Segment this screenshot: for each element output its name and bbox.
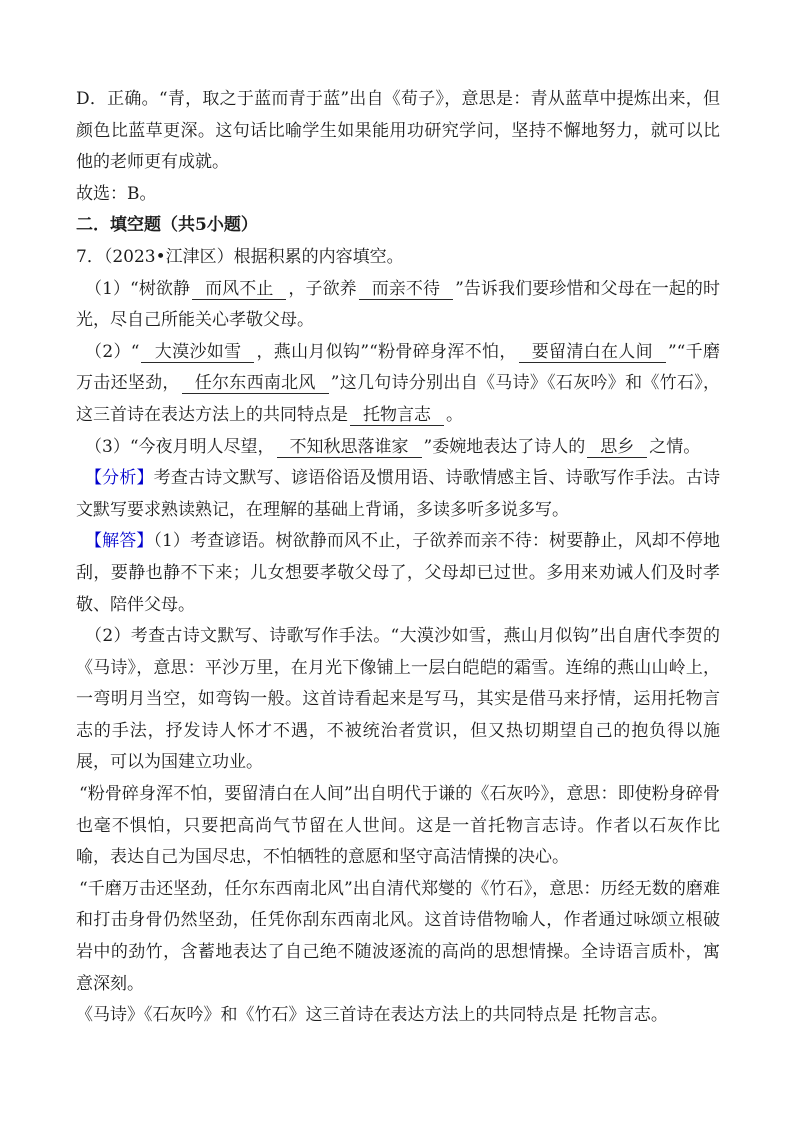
option-d-explanation: D．正确。“青，取之于蓝而青于蓝”出自《荀子》，意思是：青从蓝草中提炼出来，但颜…: [76, 84, 720, 179]
fill-in-blank: 而风不止: [192, 279, 286, 300]
q7-part-2: （2）“大漠沙如雪，燕山月似钩”“粉骨碎身浑不怕，要留清白在人间”“千磨万击还坚…: [76, 337, 720, 432]
document-body: D．正确。“青，取之于蓝而青于蓝”出自《荀子》，意思是：青从蓝草中提炼出来，但颜…: [76, 84, 720, 1032]
fill-in-blank: 托物言志: [350, 405, 444, 426]
text-run: （3）“今夜月明人尽望，: [85, 437, 275, 457]
fill-in-blank: 要留清白在人间: [519, 342, 666, 363]
text-run: （1）考查谚语。树欲静而风不止，子欲养而亲不待：树要静止，风却不停地刮，要静也静…: [76, 531, 720, 614]
fill-in-blank: 不知秋思落谁家: [277, 437, 422, 458]
q7-part-3: （3）“今夜月明人尽望，不知秋思落谁家”委婉地表达了诗人的思乡之情。: [76, 432, 720, 464]
text-run: ，燕山月似钩”“粉骨碎身浑不怕，: [256, 342, 516, 362]
text-run: ”委婉地表达了诗人的: [424, 437, 586, 457]
q7-part-1: （1）“树欲静而风不止，子欲养而亲不待”告诉我们要珍惜和父母在一起的时光，尽自己…: [76, 274, 720, 337]
bracket-tag: 【分析】: [85, 468, 154, 488]
fill-in-blank: 任尔东西南北风: [182, 373, 329, 394]
answer-paragraph-zhushi: “千磨万击还坚劲，任尔东西南北风”出自清代郑燮的《竹石》，意思：历经无数的磨难和…: [76, 874, 720, 1000]
fill-in-blank: 而亲不待: [359, 279, 453, 300]
text-run: D．正确。“青，取之于蓝而青于蓝”出自《荀子》，意思是：青从蓝草中提炼出来，但颜…: [76, 89, 720, 172]
answer-paragraph-2: （2）考查古诗文默写、诗歌写作手法。“大漠沙如雪，燕山月似钩”出自唐代李贺的《马…: [76, 621, 720, 779]
fill-in-blank: 大漠沙如雪: [141, 342, 254, 363]
text-run: 《马诗》《石灰吟》和《竹石》这三首诗在表达方法上的共同特点是 托物言志。: [76, 1005, 668, 1025]
question-7-stem: 7．（2023•江津区）根据积累的内容填空。: [76, 242, 720, 274]
text-run: 故选：B。: [76, 184, 157, 204]
answer-conclusion: 故选：B。: [76, 179, 720, 211]
fill-in-blank: 思乡: [587, 437, 647, 458]
answer-paragraph-1: 【解答】（1）考查谚语。树欲静而风不止，子欲养而亲不待：树要静止，风却不停地刮，…: [76, 526, 720, 621]
answer-paragraph-shihuiyin: “粉骨碎身浑不怕，要留清白在人间”出自明代于谦的《石灰吟》，意思：即使粉身碎骨也…: [76, 779, 720, 874]
answer-summary: 《马诗》《石灰吟》和《竹石》这三首诗在表达方法上的共同特点是 托物言志。: [76, 1000, 720, 1032]
document-page: D．正确。“青，取之于蓝而青于蓝”出自《荀子》，意思是：青从蓝草中提炼出来，但颜…: [0, 0, 794, 1123]
section-heading: 二．填空题（共5小题）: [76, 210, 720, 242]
text-run: 二．填空题（共5小题）: [76, 215, 258, 235]
text-run: ，子欲养: [288, 279, 356, 299]
text-run: 之情。: [649, 437, 700, 457]
analysis-paragraph: 【分析】考查古诗文默写、谚语俗语及惯用语、诗歌情感主旨、诗歌写作手法。古诗文默写…: [76, 463, 720, 526]
text-run: 考查古诗文默写、谚语俗语及惯用语、诗歌情感主旨、诗歌写作手法。古诗文默写要求熟读…: [76, 468, 720, 520]
text-run: “粉骨碎身浑不怕，要留清白在人间”出自明代于谦的《石灰吟》，意思：即使粉身碎骨也…: [76, 784, 720, 867]
bracket-tag: 【解答】: [85, 531, 153, 551]
text-run: （2）“: [85, 342, 139, 362]
text-run: （2）考查古诗文默写、诗歌写作手法。“大漠沙如雪，燕山月似钩”出自唐代李贺的《马…: [76, 626, 720, 772]
text-run: （1）“树欲静: [85, 279, 190, 299]
text-run: 。: [446, 405, 463, 425]
text-run: 7．（2023•江津区）根据积累的内容填空。: [76, 247, 404, 267]
text-run: “千磨万击还坚劲，任尔东西南北风”出自清代郑燮的《竹石》，意思：历经无数的磨难和…: [76, 879, 720, 994]
